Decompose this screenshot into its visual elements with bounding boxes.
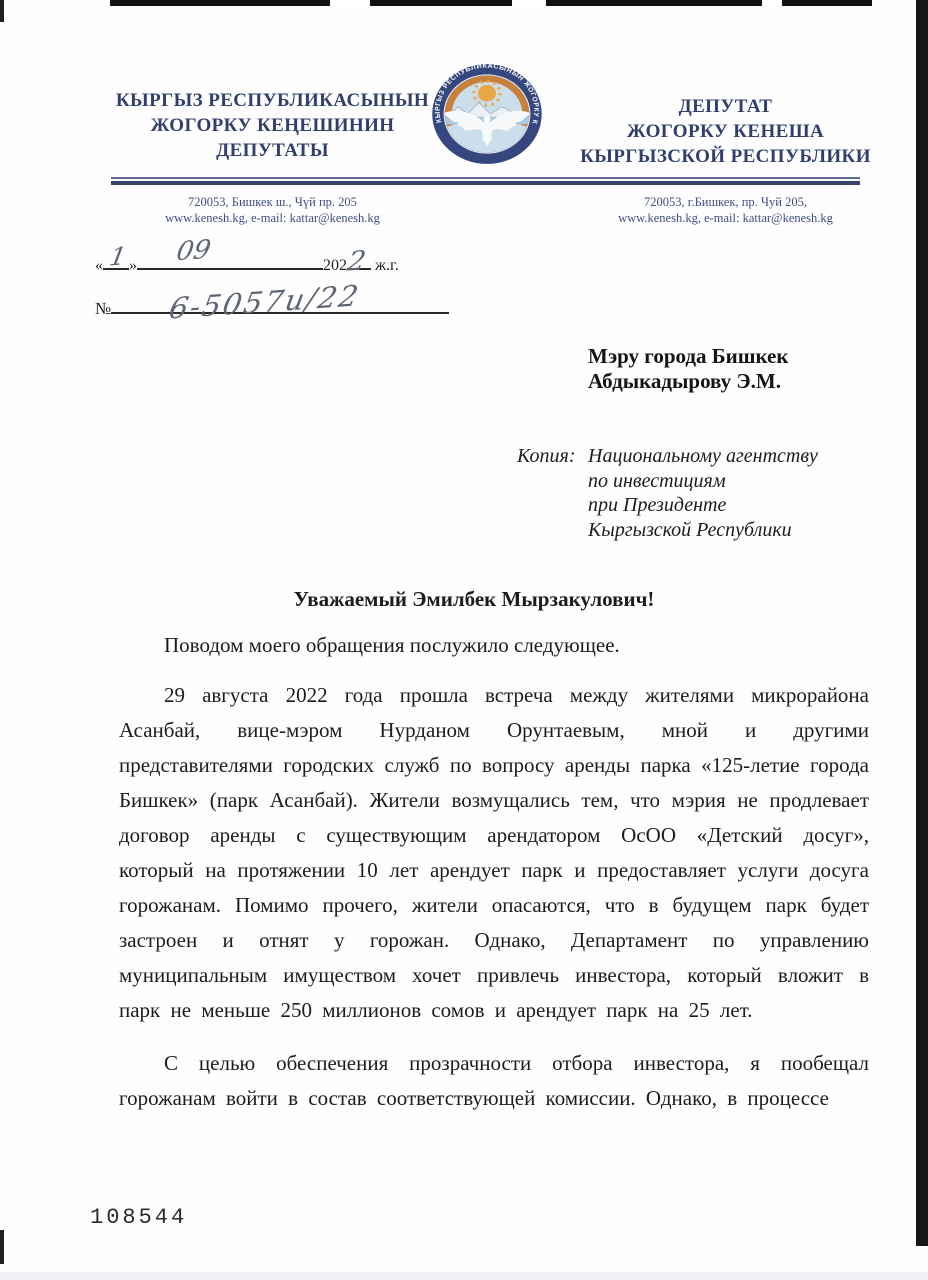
letterhead-russian-line: ЖОГОРКУ КЕНЕША <box>578 119 873 144</box>
letterhead-russian: ДЕПУТАТ ЖОГОРКУ КЕНЕША КЫРГЫЗСКОЙ РЕСПУБ… <box>578 94 873 169</box>
letterhead-russian-line: ДЕПУТАТ <box>578 94 873 119</box>
scan-top-bar-gap <box>512 0 546 6</box>
letterhead-kyrgyz: КЫРГЫЗ РЕСПУБЛИКАСЫНЫН ЖОГОРКУ КЕҢЕШИНИН… <box>110 88 435 163</box>
close-quote: » <box>129 257 137 274</box>
paragraph: Поводом моего обращения послужило следую… <box>119 628 869 663</box>
handwritten-month: 09 <box>174 235 213 267</box>
letterhead-russian-line: КЫРГЫЗСКОЙ РЕСПУБЛИКИ <box>578 144 873 169</box>
letterhead-kyrgyz-line: ЖОГОРКУ КЕҢЕШИНИН <box>110 113 435 138</box>
parliament-emblem-icon: КЫРГЫЗ РЕСПУБЛИКАСЫНЫН ЖОГОРКУ КЕҢЕШИ <box>430 62 544 166</box>
scan-top-bar-gap <box>330 0 370 6</box>
handwritten-day: 1 <box>107 241 128 271</box>
copy-line: Кыргызской Республики <box>588 518 818 543</box>
address-right: 720053, г.Бишкек, пр. Чуй 205, www.kenes… <box>578 195 873 226</box>
open-quote: « <box>95 257 103 274</box>
paragraph: 29 августа 2022 года прошла встреча межд… <box>119 678 869 1028</box>
recipient-block: Мэру города Бишкек Абдыкадырову Э.М. <box>588 344 788 394</box>
scan-top-bar <box>110 0 872 6</box>
copy-label: Копия: <box>517 444 588 542</box>
address-line: 720053, г.Бишкек, пр. Чуй 205, <box>578 195 873 211</box>
address-line: 720053, Бишкек ш., Чүй пр. 205 <box>110 195 435 211</box>
scan-top-bar-gap <box>762 0 782 6</box>
recipient-line: Мэру города Бишкек <box>588 344 788 369</box>
address-left: 720053, Бишкек ш., Чүй пр. 205 www.kenes… <box>110 195 435 226</box>
recipient-line: Абдыкадырову Э.М. <box>588 369 788 394</box>
number-field: 6-5057и/22 <box>111 292 449 314</box>
date-line: «1»092022 ж.г. <box>95 250 399 275</box>
address-line: www.kenesh.kg, e-mail: kattar@kenesh.kg <box>110 211 435 227</box>
scan-bottom-band <box>0 1272 928 1280</box>
copy-block: Копия: Национальному агентству по инвест… <box>517 444 818 542</box>
paragraph: С целью обеспечения прозрачности отбора … <box>119 1046 869 1116</box>
letterhead-kyrgyz-line: КЫРГЫЗ РЕСПУБЛИКАСЫНЫН <box>110 88 435 113</box>
letter-body: Уважаемый Эмилбек Мырзакулович! Поводом … <box>119 585 869 1116</box>
handwritten-number: 6-5057и/22 <box>167 279 363 326</box>
copy-recipient: Национальному агентству по инвестициям п… <box>588 444 818 542</box>
scanned-letter-page: КЫРГЫЗ РЕСПУБЛИКАСЫНЫН ЖОГОРКУ КЕҢЕШИНИН… <box>0 0 928 1280</box>
copy-line: по инвестициям <box>588 469 818 494</box>
letterhead-kyrgyz-line: ДЕПУТАТЫ <box>110 138 435 163</box>
salutation: Уважаемый Эмилбек Мырзакулович! <box>119 585 869 613</box>
date-month-field: 09 <box>137 250 323 270</box>
date-day-field: 1 <box>103 250 129 270</box>
address-line: www.kenesh.kg, e-mail: kattar@kenesh.kg <box>578 211 873 227</box>
scan-right-strip <box>916 0 928 1246</box>
era-label: ж.г. <box>375 257 399 274</box>
date-year-field: 2 <box>347 250 371 270</box>
copy-line: Национальному агентству <box>588 444 818 469</box>
sun-icon <box>478 85 496 102</box>
year-printed: 202 <box>323 257 347 274</box>
registration-number: 108544 <box>90 1205 187 1230</box>
scan-edge-mark <box>0 0 4 22</box>
handwritten-year-digit: 2 <box>345 245 368 277</box>
number-sign: № <box>95 299 111 318</box>
copy-line: при Президенте <box>588 493 818 518</box>
number-line: №6-5057и/22 <box>95 292 449 319</box>
scan-edge-mark <box>0 1230 4 1264</box>
letterhead-divider <box>111 177 860 185</box>
